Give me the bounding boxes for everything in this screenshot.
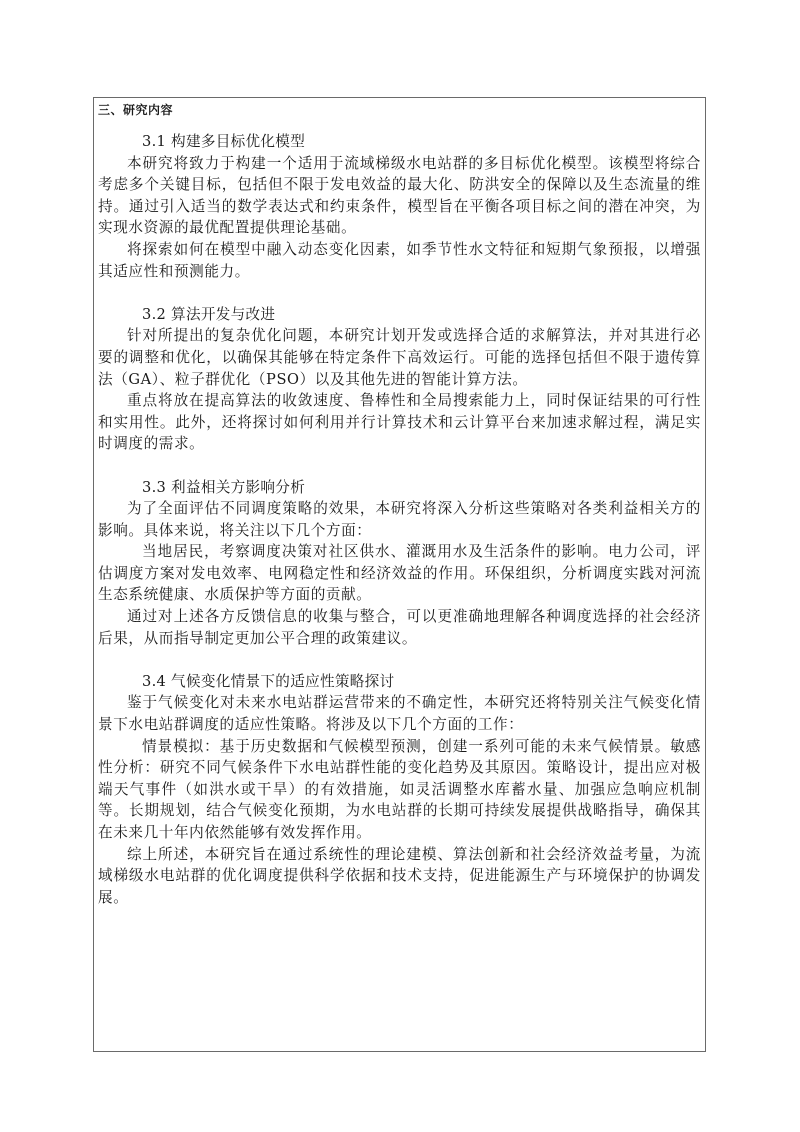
paragraph: 综上所述，本研究旨在通过系统性的理论建模、算法创新和社会经济效益考量，为流域梯级…: [98, 844, 701, 909]
paragraph: 当地居民，考察调度决策对社区供水、灌溉用水及生活条件的影响。电力公司，评估调度方…: [98, 541, 701, 606]
section-title: 3.3 利益相关方影响分析: [98, 477, 701, 499]
paragraph: 本研究将致力于构建一个适用于流域梯级水电站群的多目标优化模型。该模型将综合考虑多…: [98, 153, 701, 239]
section-title: 3.2 算法开发与改进: [98, 304, 701, 326]
section-title: 3.4 气候变化情景下的适应性策略探讨: [98, 671, 701, 693]
document-body: 3.1 构建多目标优化模型 本研究将致力于构建一个适用于流域梯级水电站群的多目标…: [98, 131, 701, 930]
paragraph: 为了全面评估不同调度策略的效果，本研究将深入分析这些策略对各类利益相关方的影响。…: [98, 498, 701, 541]
paragraph: 针对所提出的复杂优化问题，本研究计划开发或选择合适的求解算法，并对其进行必要的调…: [98, 325, 701, 390]
section-3-2: 3.2 算法开发与改进 针对所提出的复杂优化问题，本研究计划开发或选择合适的求解…: [98, 304, 701, 455]
paragraph: 重点将放在提高算法的收敛速度、鲁棒性和全局搜索能力上，同时保证结果的可行性和实用…: [98, 390, 701, 455]
section-title: 3.1 构建多目标优化模型: [98, 131, 701, 153]
section-heading: 三、研究内容: [98, 101, 173, 118]
paragraph: 情景模拟：基于历史数据和气候模型预测，创建一系列可能的未来气候情景。敏感性分析：…: [98, 736, 701, 844]
paragraph: 将探索如何在模型中融入动态变化因素，如季节性水文特征和短期气象预报，以增强其适应…: [98, 239, 701, 282]
section-3-1: 3.1 构建多目标优化模型 本研究将致力于构建一个适用于流域梯级水电站群的多目标…: [98, 131, 701, 282]
paragraph: 鉴于气候变化对未来水电站群运营带来的不确定性，本研究还将特别关注气候变化情景下水…: [98, 692, 701, 735]
content-table-cell: 三、研究内容 3.1 构建多目标优化模型 本研究将致力于构建一个适用于流域梯级水…: [93, 97, 706, 1052]
section-3-4: 3.4 气候变化情景下的适应性策略探讨 鉴于气候变化对未来水电站群运营带来的不确…: [98, 671, 701, 909]
paragraph: 通过对上述各方反馈信息的收集与整合，可以更准确地理解各种调度选择的社会经济后果，…: [98, 606, 701, 649]
section-3-3: 3.3 利益相关方影响分析 为了全面评估不同调度策略的效果，本研究将深入分析这些…: [98, 477, 701, 650]
